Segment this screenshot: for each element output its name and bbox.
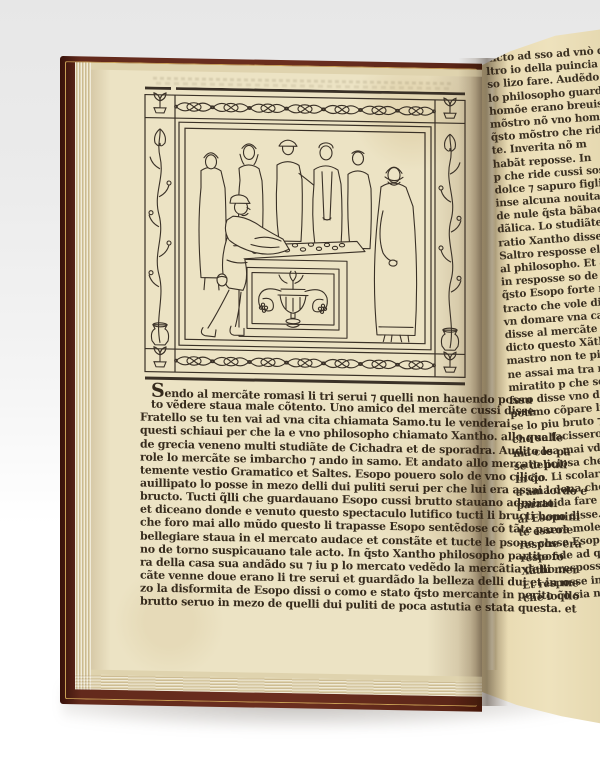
main-text-block: Sendo al mercãte romasi li tri serui ⁊ q… [140, 384, 476, 614]
page-edges-left [75, 62, 91, 689]
left-page: Sendo al mercãte romasi li tri serui ⁊ q… [91, 70, 482, 677]
left-book-block: Sendo al mercãte romasi li tri serui ⁊ q… [60, 56, 482, 712]
woodcut-illustration [143, 87, 467, 391]
photo-open-incunable-book: dicto ad sso ad vnò delli dui puliti blt… [0, 0, 600, 772]
right-page: dicto ad sso ad vnò delli dui puliti blt… [472, 26, 600, 726]
